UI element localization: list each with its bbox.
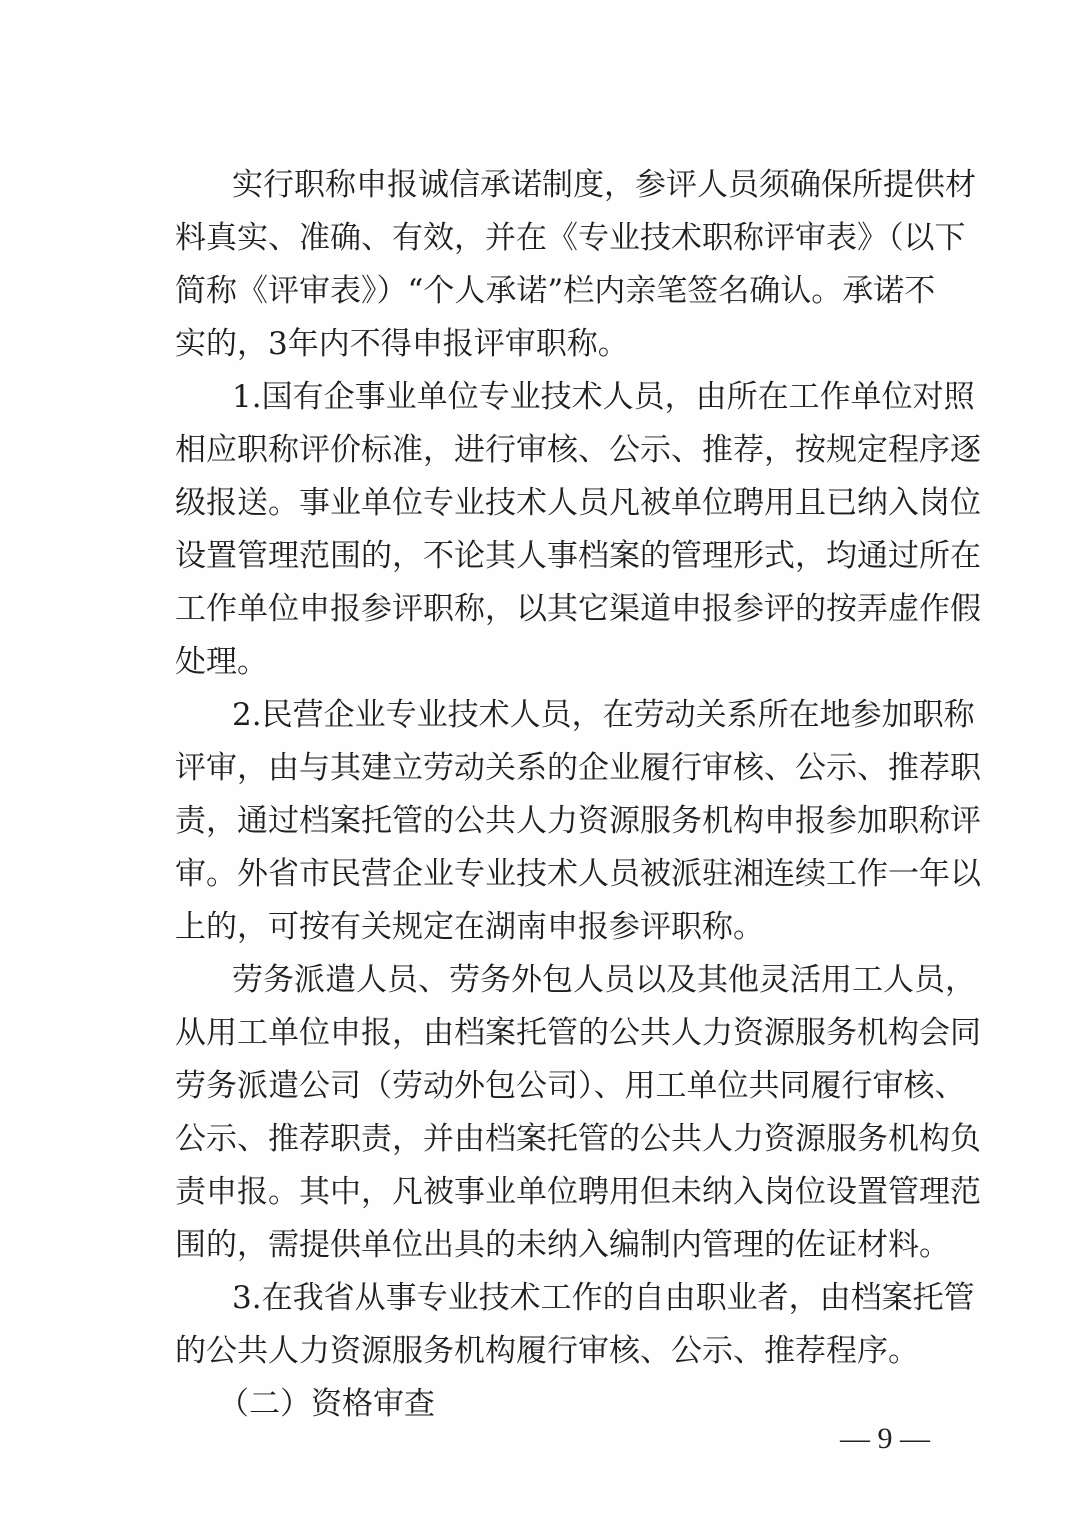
item-3-line-1: 3.在我省从事专业技术工作的自由职业者，由档案托管: [232, 1273, 935, 1323]
dispatched-line-1: 劳务派遣人员、劳务外包人员以及其他灵活用工人员，: [232, 955, 935, 1005]
item-1-line-5: 工作单位申报参评职称，以其它渠道申报参评的按弄虚作假: [175, 584, 935, 634]
dispatched-line-3: 劳务派遣公司（劳动外包公司）、用工单位共同履行审核、: [175, 1061, 935, 1111]
paragraph-integrity-line-2: 料真实、准确、有效，并在《专业技术职称评审表》（以下: [175, 213, 935, 263]
item-1-line-2: 相应职称评价标准，进行审核、公示、推荐，按规定程序逐: [175, 425, 935, 475]
item-2-line-4: 审。外省市民营企业专业技术人员被派驻湘连续工作一年以: [175, 849, 935, 899]
paragraph-integrity-line-3: 简称《评审表》）“个人承诺”栏内亲笔签名确认。承诺不: [175, 266, 935, 316]
item-1-line-6: 处理。: [175, 637, 935, 687]
item-2-line-2: 评审，由与其建立劳动关系的企业履行审核、公示、推荐职: [175, 743, 935, 793]
item-1-line-1: 1.国有企事业单位专业技术人员，由所在工作单位对照: [232, 372, 935, 422]
dispatched-line-5: 责申报。其中，凡被事业单位聘用但未纳入岗位设置管理范: [175, 1167, 935, 1217]
item-3-line-2: 的公共人力资源服务机构履行审核、公示、推荐程序。: [175, 1326, 935, 1376]
item-2-line-3: 责，通过档案托管的公共人力资源服务机构申报参加职称评: [175, 796, 935, 846]
paragraph-integrity-line-1: 实行职称申报诚信承诺制度，参评人员须确保所提供材: [232, 160, 935, 210]
document-page: 实行职称申报诚信承诺制度，参评人员须确保所提供材 料真实、准确、有效，并在《专业…: [0, 0, 1080, 1529]
item-2-line-5: 上的，可按有关规定在湖南申报参评职称。: [175, 902, 935, 952]
section-heading-qualification-review: （二）资格审查: [218, 1379, 921, 1429]
dispatched-line-6: 围的，需提供单位出具的未纳入编制内管理的佐证材料。: [175, 1220, 935, 1270]
item-1-line-3: 级报送。事业单位专业技术人员凡被单位聘用且已纳入岗位: [175, 478, 935, 528]
paragraph-integrity-line-4: 实的，3年内不得申报评审职称。: [175, 319, 935, 369]
dispatched-line-2: 从用工单位申报，由档案托管的公共人力资源服务机构会同: [175, 1008, 935, 1058]
item-1-line-4: 设置管理范围的，不论其人事档案的管理形式，均通过所在: [175, 531, 935, 581]
item-2-line-1: 2.民营企业专业技术人员，在劳动关系所在地参加职称: [232, 690, 935, 740]
page-number: — 9 —: [840, 1419, 940, 1459]
dispatched-line-4: 公示、推荐职责，并由档案托管的公共人力资源服务机构负: [175, 1114, 935, 1164]
